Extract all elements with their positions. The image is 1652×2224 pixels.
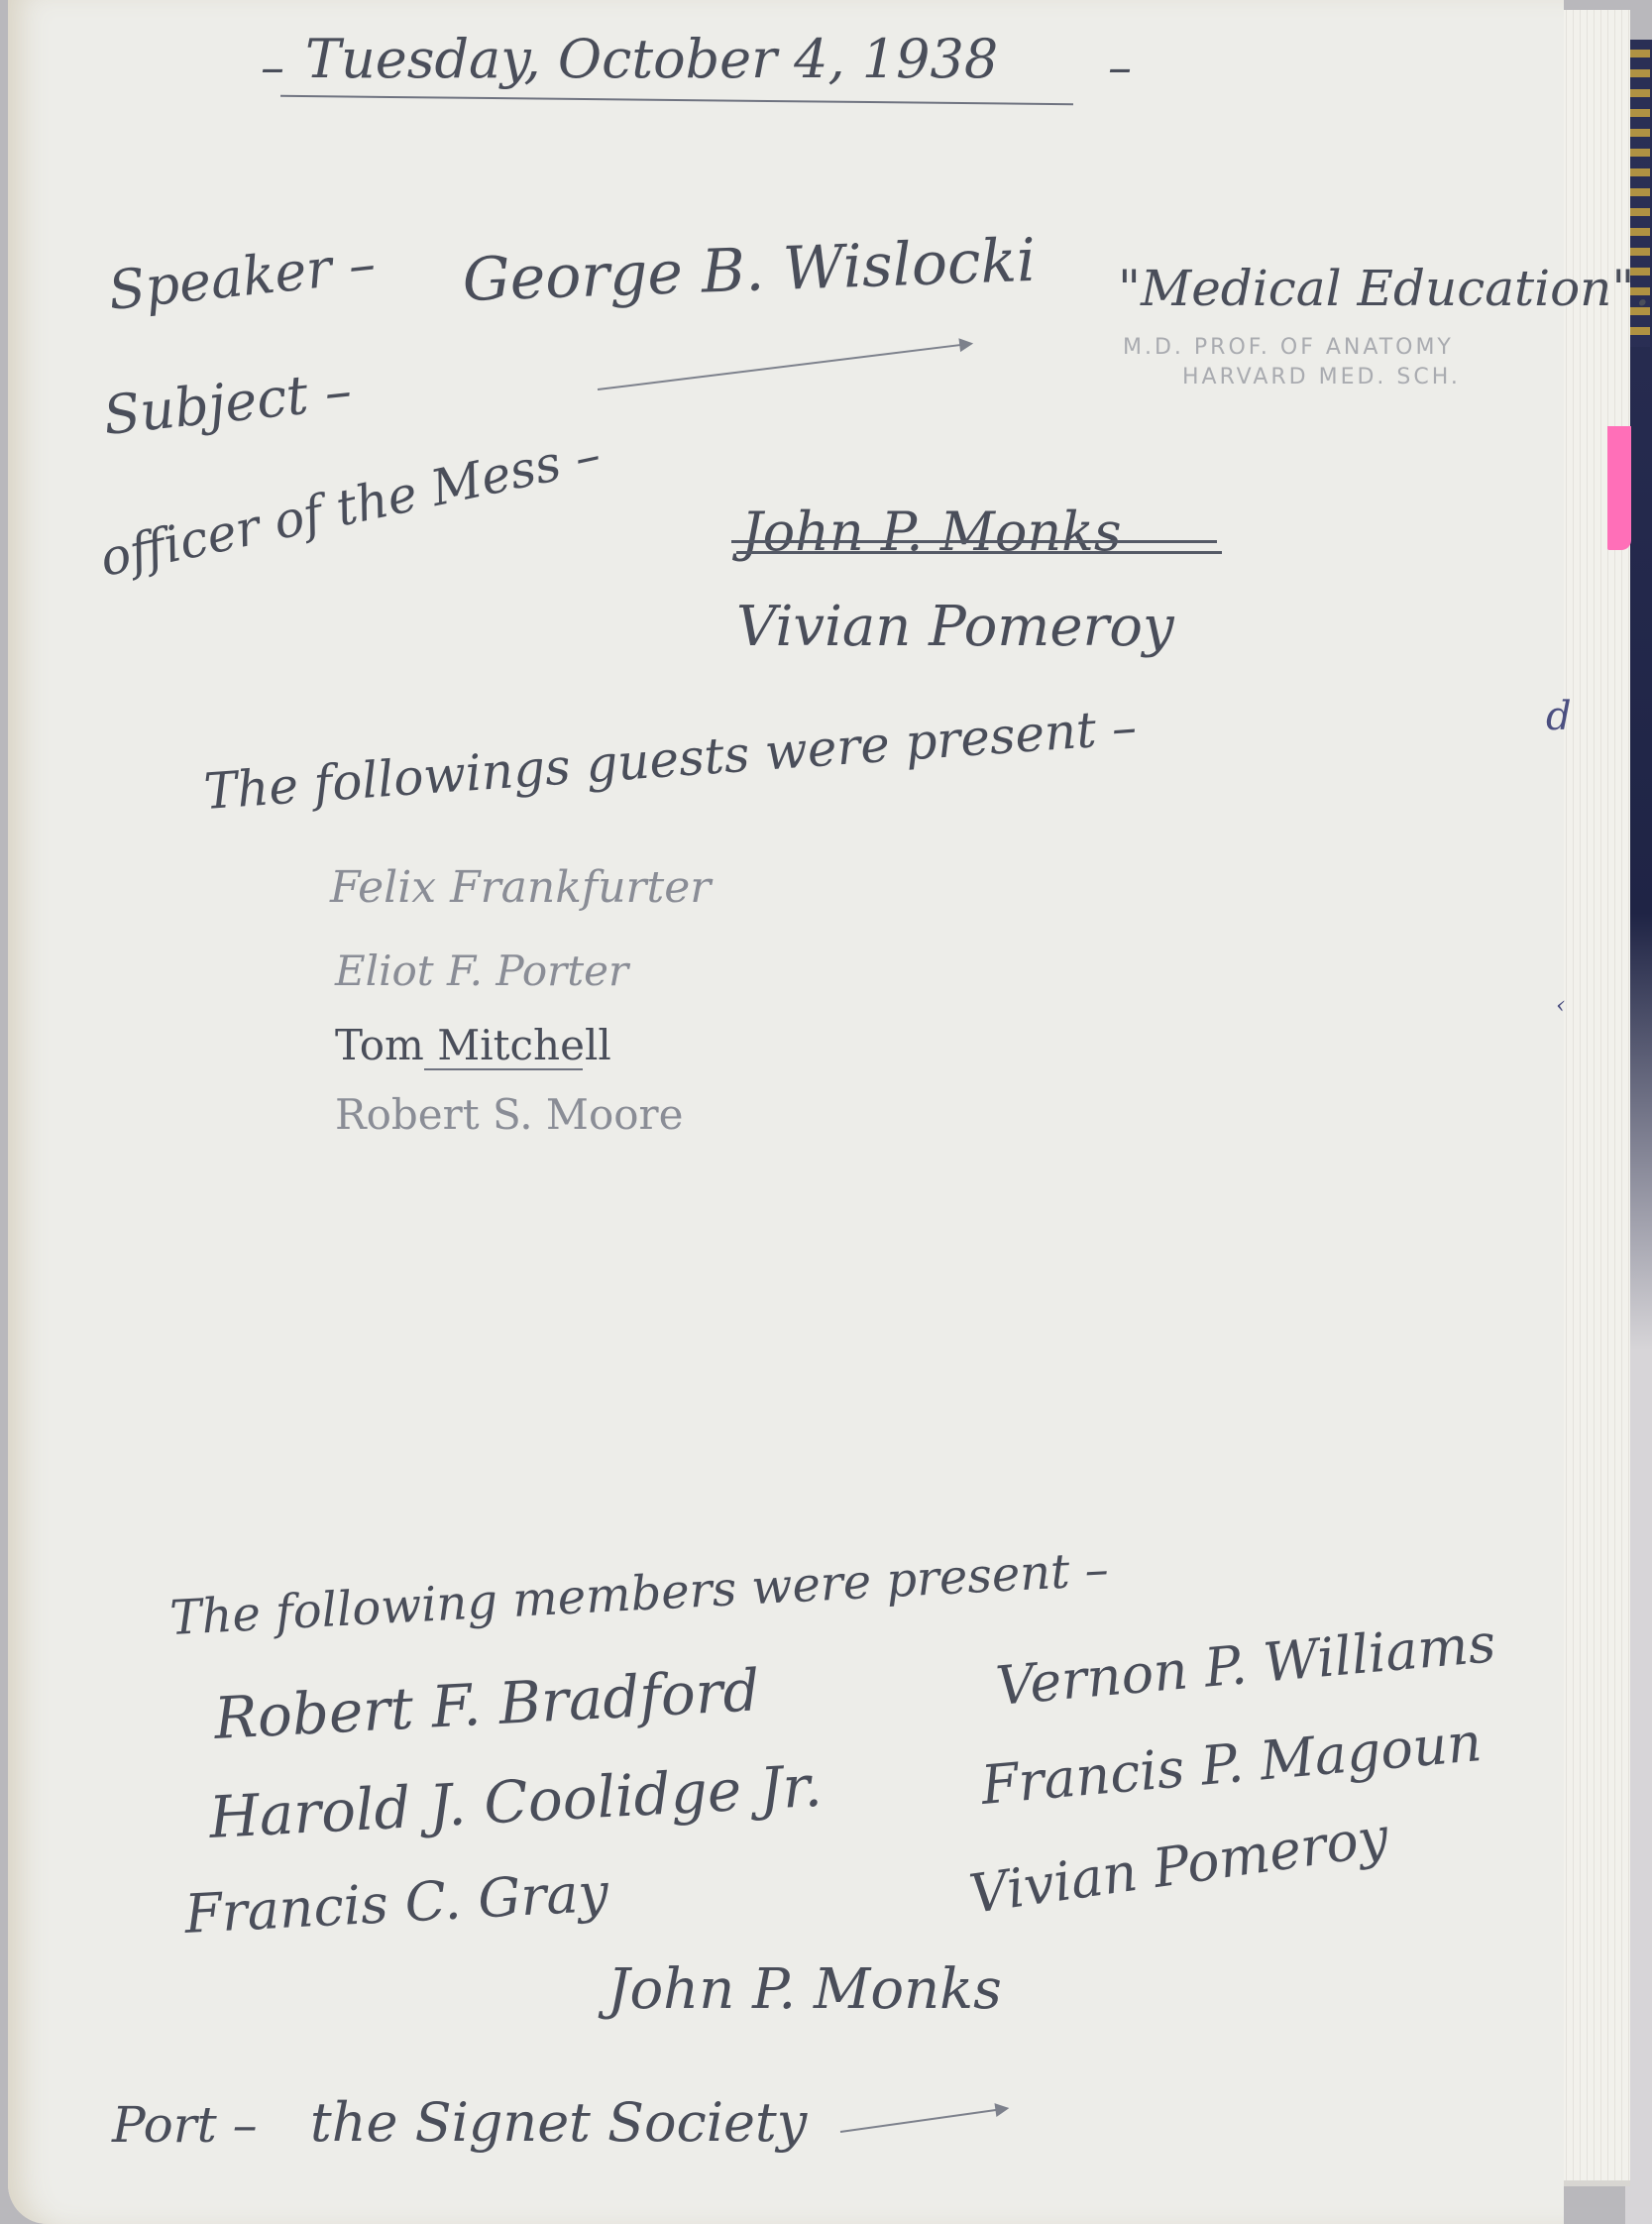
speaker-credentials-line2: HARVARD MED. SCH. (1182, 365, 1461, 389)
member-name: Vernon P. Williams (994, 1612, 1498, 1718)
guest-name: Eliot F. Porter (335, 946, 628, 995)
subject-arrow (598, 343, 971, 390)
strikethrough-line (731, 540, 1217, 543)
port-flourish (840, 2107, 1008, 2133)
subject-label: Subject – (100, 359, 354, 447)
officer-label: officer of the Mess – (95, 425, 606, 588)
member-name: Francis C. Gray (183, 1861, 610, 1946)
date-underline (280, 95, 1073, 105)
member-name: Harold J. Coolidge Jr. (207, 1752, 824, 1851)
date-dash-right: – (1108, 40, 1132, 95)
member-name: John P. Monks (607, 1957, 1002, 2022)
date-dash-left: – (261, 40, 284, 95)
officer-name: Vivian Pomeroy (736, 595, 1174, 659)
speaker-name: George B. Wislocki (462, 226, 1038, 315)
subject-title: "Medical Education". (1118, 260, 1650, 317)
speaker-credentials-line1: M.D. PROF. OF ANATOMY (1123, 335, 1454, 360)
speaker-label: Speaker – (105, 232, 378, 322)
port-value: the Signet Society (310, 2091, 807, 2154)
member-name: Vivian Pomeroy (965, 1805, 1392, 1926)
guest-underline (424, 1068, 583, 1070)
guest-name: Tom Mitchell (335, 1021, 611, 1069)
member-name: Francis P. Magoun (979, 1711, 1485, 1817)
port-label: Port – (112, 2096, 258, 2154)
ledger-page: – Tuesday, October 4, 1938 – Speaker – G… (8, 0, 1564, 2224)
guest-name: Felix Frankfurter (330, 862, 711, 913)
guest-name: Robert S. Moore (335, 1090, 683, 1139)
margin-mark: d (1546, 694, 1572, 739)
strikethrough-line (736, 551, 1222, 554)
bookmark-tab[interactable] (1607, 426, 1631, 550)
members-heading: The following members were present – (168, 1541, 1110, 1646)
date-heading: Tuesday, October 4, 1938 (305, 28, 998, 90)
member-name: Robert F. Bradford (212, 1656, 761, 1752)
guests-heading: The followings guests were present – (202, 698, 1139, 821)
margin-mark: ‹ (1556, 991, 1566, 1019)
